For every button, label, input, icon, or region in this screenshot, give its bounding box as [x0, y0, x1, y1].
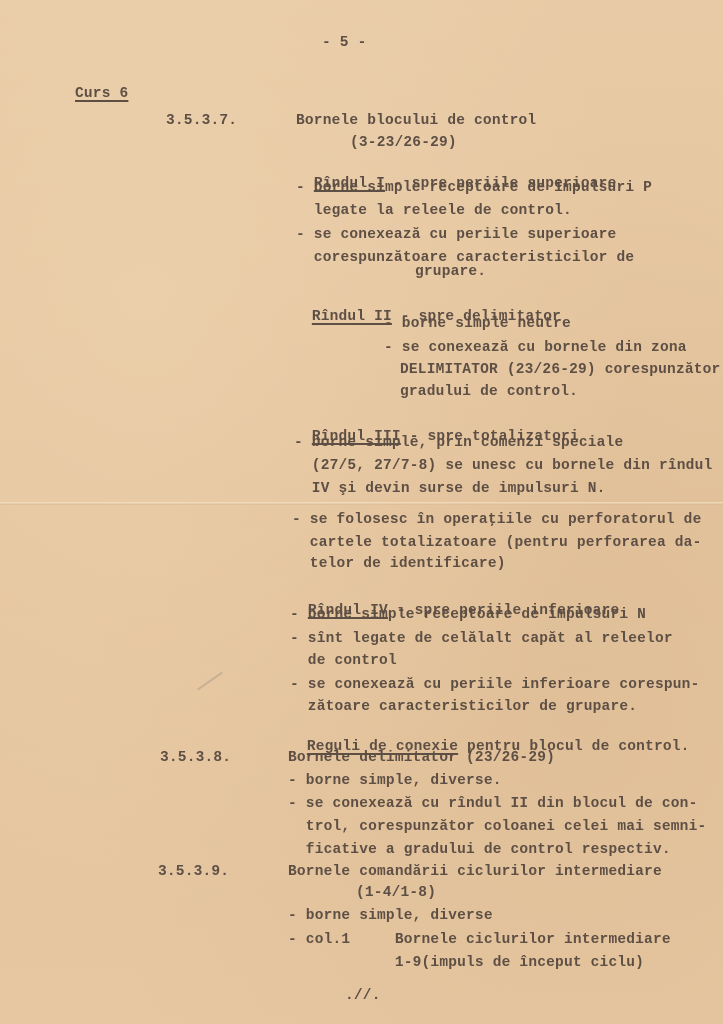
text-line: - se folosesc în operaţiile cu perforato… — [292, 512, 701, 529]
text-line: grupare. — [415, 264, 486, 281]
text-line: zătoare caracteristicilor de grupare. — [290, 699, 637, 716]
section-number: 3.5.3.9. — [158, 864, 229, 881]
section-subtitle: (1-4/1-8) — [356, 885, 436, 902]
pencil-mark — [197, 672, 223, 691]
section-title: Bornele comandării ciclurilor intermedia… — [288, 864, 662, 881]
paper-fold-line — [0, 502, 723, 505]
text-line: (27/5, 27/7-8) se unesc cu bornele din r… — [294, 458, 712, 475]
text-line: - borne simple, diverse. — [288, 773, 502, 790]
page-number: - 5 - — [322, 35, 367, 52]
text-line: - sînt legate de celălalt capăt al relee… — [290, 631, 673, 648]
text-line: - borne simple receptoare de impulsuri P — [296, 180, 652, 197]
continuation-mark: .//. — [345, 988, 381, 1005]
section-number: 3.5.3.8. — [160, 750, 231, 767]
text-line: cartele totalizatoare (pentru perforarea… — [292, 535, 701, 552]
text-line: ficative a gradului de control respectiv… — [288, 842, 671, 859]
text-line: de control — [290, 653, 397, 670]
text-line: - borne simple, prin comenzi speciale — [294, 435, 623, 452]
course-title: Curs 6 — [75, 86, 128, 103]
text-line: - borne simple receptoare de impulsuri N — [290, 607, 646, 624]
text-line: - col.1 Bornele ciclurilor intermediare — [288, 932, 671, 949]
text-line: trol, corespunzător coloanei celei mai s… — [288, 819, 706, 836]
section-title: Bornele blocului de control — [296, 113, 536, 130]
text-line: IV şi devin surse de impulsuri N. — [294, 481, 606, 498]
text-line: legate la releele de control. — [296, 203, 572, 220]
text-line: - se conexează cu bornele din zona — [384, 340, 687, 357]
text-line: telor de identificare) — [292, 556, 506, 573]
section-number: 3.5.3.7. — [166, 113, 237, 130]
text-line: DELIMITATOR (23/26-29) corespunzător — [400, 362, 720, 379]
text-line: - se conexează cu periile inferioare cor… — [290, 677, 699, 694]
section-title: Bornele delimitator (23/26-29) — [288, 750, 555, 767]
section-subtitle: (3-23/26-29) — [350, 135, 457, 152]
text-line: - borne simple neutre — [384, 316, 571, 333]
text-line: 1-9(impuls de început ciclu) — [288, 955, 644, 972]
row-label: Rîndul II — [312, 309, 392, 325]
text-line: - se conexează cu periile superioare — [296, 227, 616, 244]
text-line: gradului de control. — [400, 384, 578, 401]
text-line: - se conexează cu rîndul II din blocul d… — [288, 796, 697, 813]
text-line: - borne simple, diverse — [288, 908, 493, 925]
